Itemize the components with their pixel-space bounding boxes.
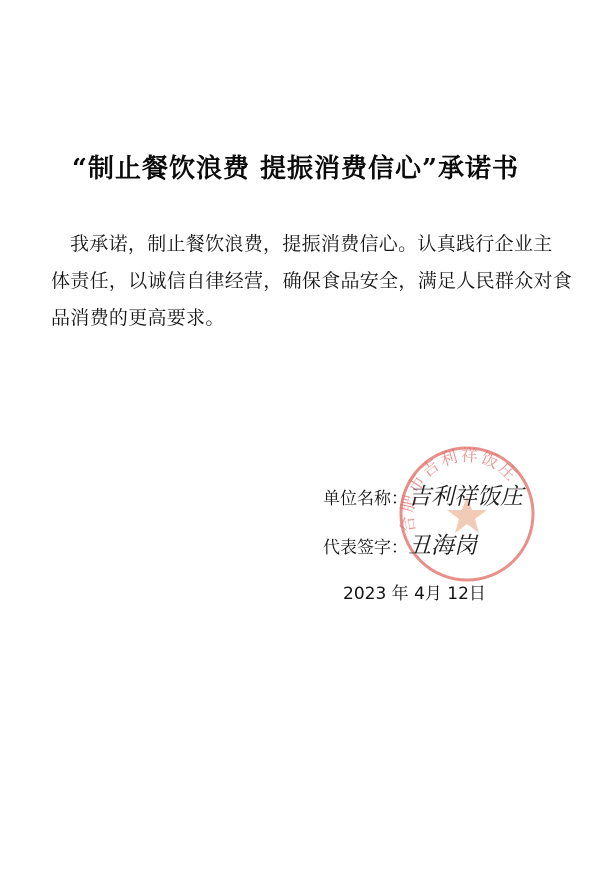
unit-name-row: 单位名称：吉利祥饭庄 — [323, 478, 523, 511]
pledge-line-1: 我承诺，制止餐饮浪费，提振消费信心。认真践行企业主 — [51, 226, 551, 263]
unit-name-label: 单位名称： — [323, 489, 408, 509]
representative-label: 代表签字： — [323, 538, 408, 558]
official-seal-icon: 合肥市吉利祥饭庄 — [397, 444, 537, 584]
pledge-line-3: 品消费的更高要求。 — [51, 300, 551, 337]
unit-name-handwritten: 吉利祥饭庄 — [408, 484, 523, 510]
representative-row: 代表签字：丑海岗 — [323, 527, 477, 560]
pledge-body: 我承诺，制止餐饮浪费，提振消费信心。认真践行企业主 体责任，以诚信自律经营，确保… — [51, 226, 551, 337]
pledge-line-2: 体责任，以诚信自律经营，确保食品安全，满足人民群众对食 — [51, 263, 551, 300]
document-title: “制止餐饮浪费 提振消费信心”承诺书 — [0, 148, 591, 185]
signing-date: 2023 年 4月 12日 — [343, 579, 486, 604]
representative-signature: 丑海岗 — [408, 533, 477, 559]
